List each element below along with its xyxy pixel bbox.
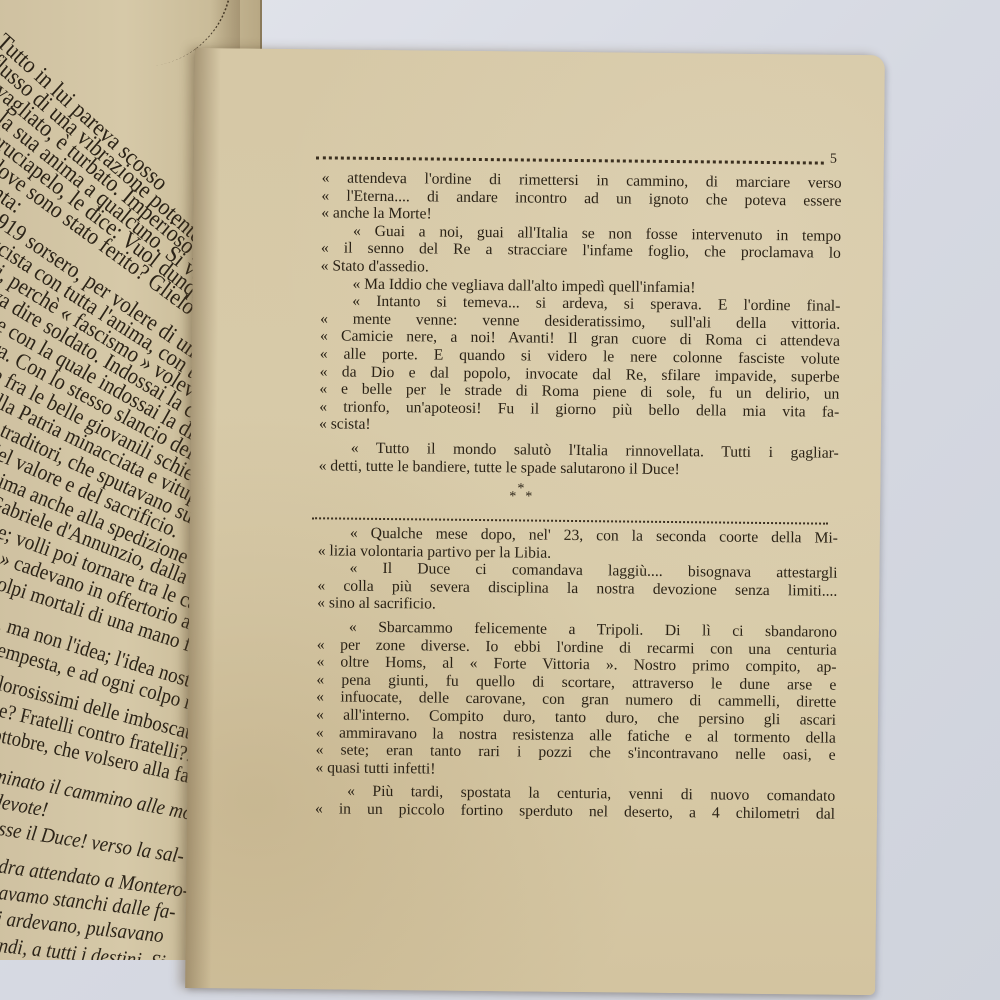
text-section-2: « Qualche mese dopo, nel' 23, con la sec… bbox=[315, 524, 838, 823]
text-section-1: « attendeva l'ordine di rimettersi in ca… bbox=[319, 169, 842, 480]
right-page: 5 « attendeva l'ordine di rimettersi in … bbox=[185, 48, 885, 995]
asterism-divider: * * * bbox=[505, 481, 545, 511]
section-dotted-rule bbox=[312, 517, 828, 524]
page-number: 5 bbox=[830, 152, 837, 168]
header-dotted-rule bbox=[316, 156, 824, 164]
